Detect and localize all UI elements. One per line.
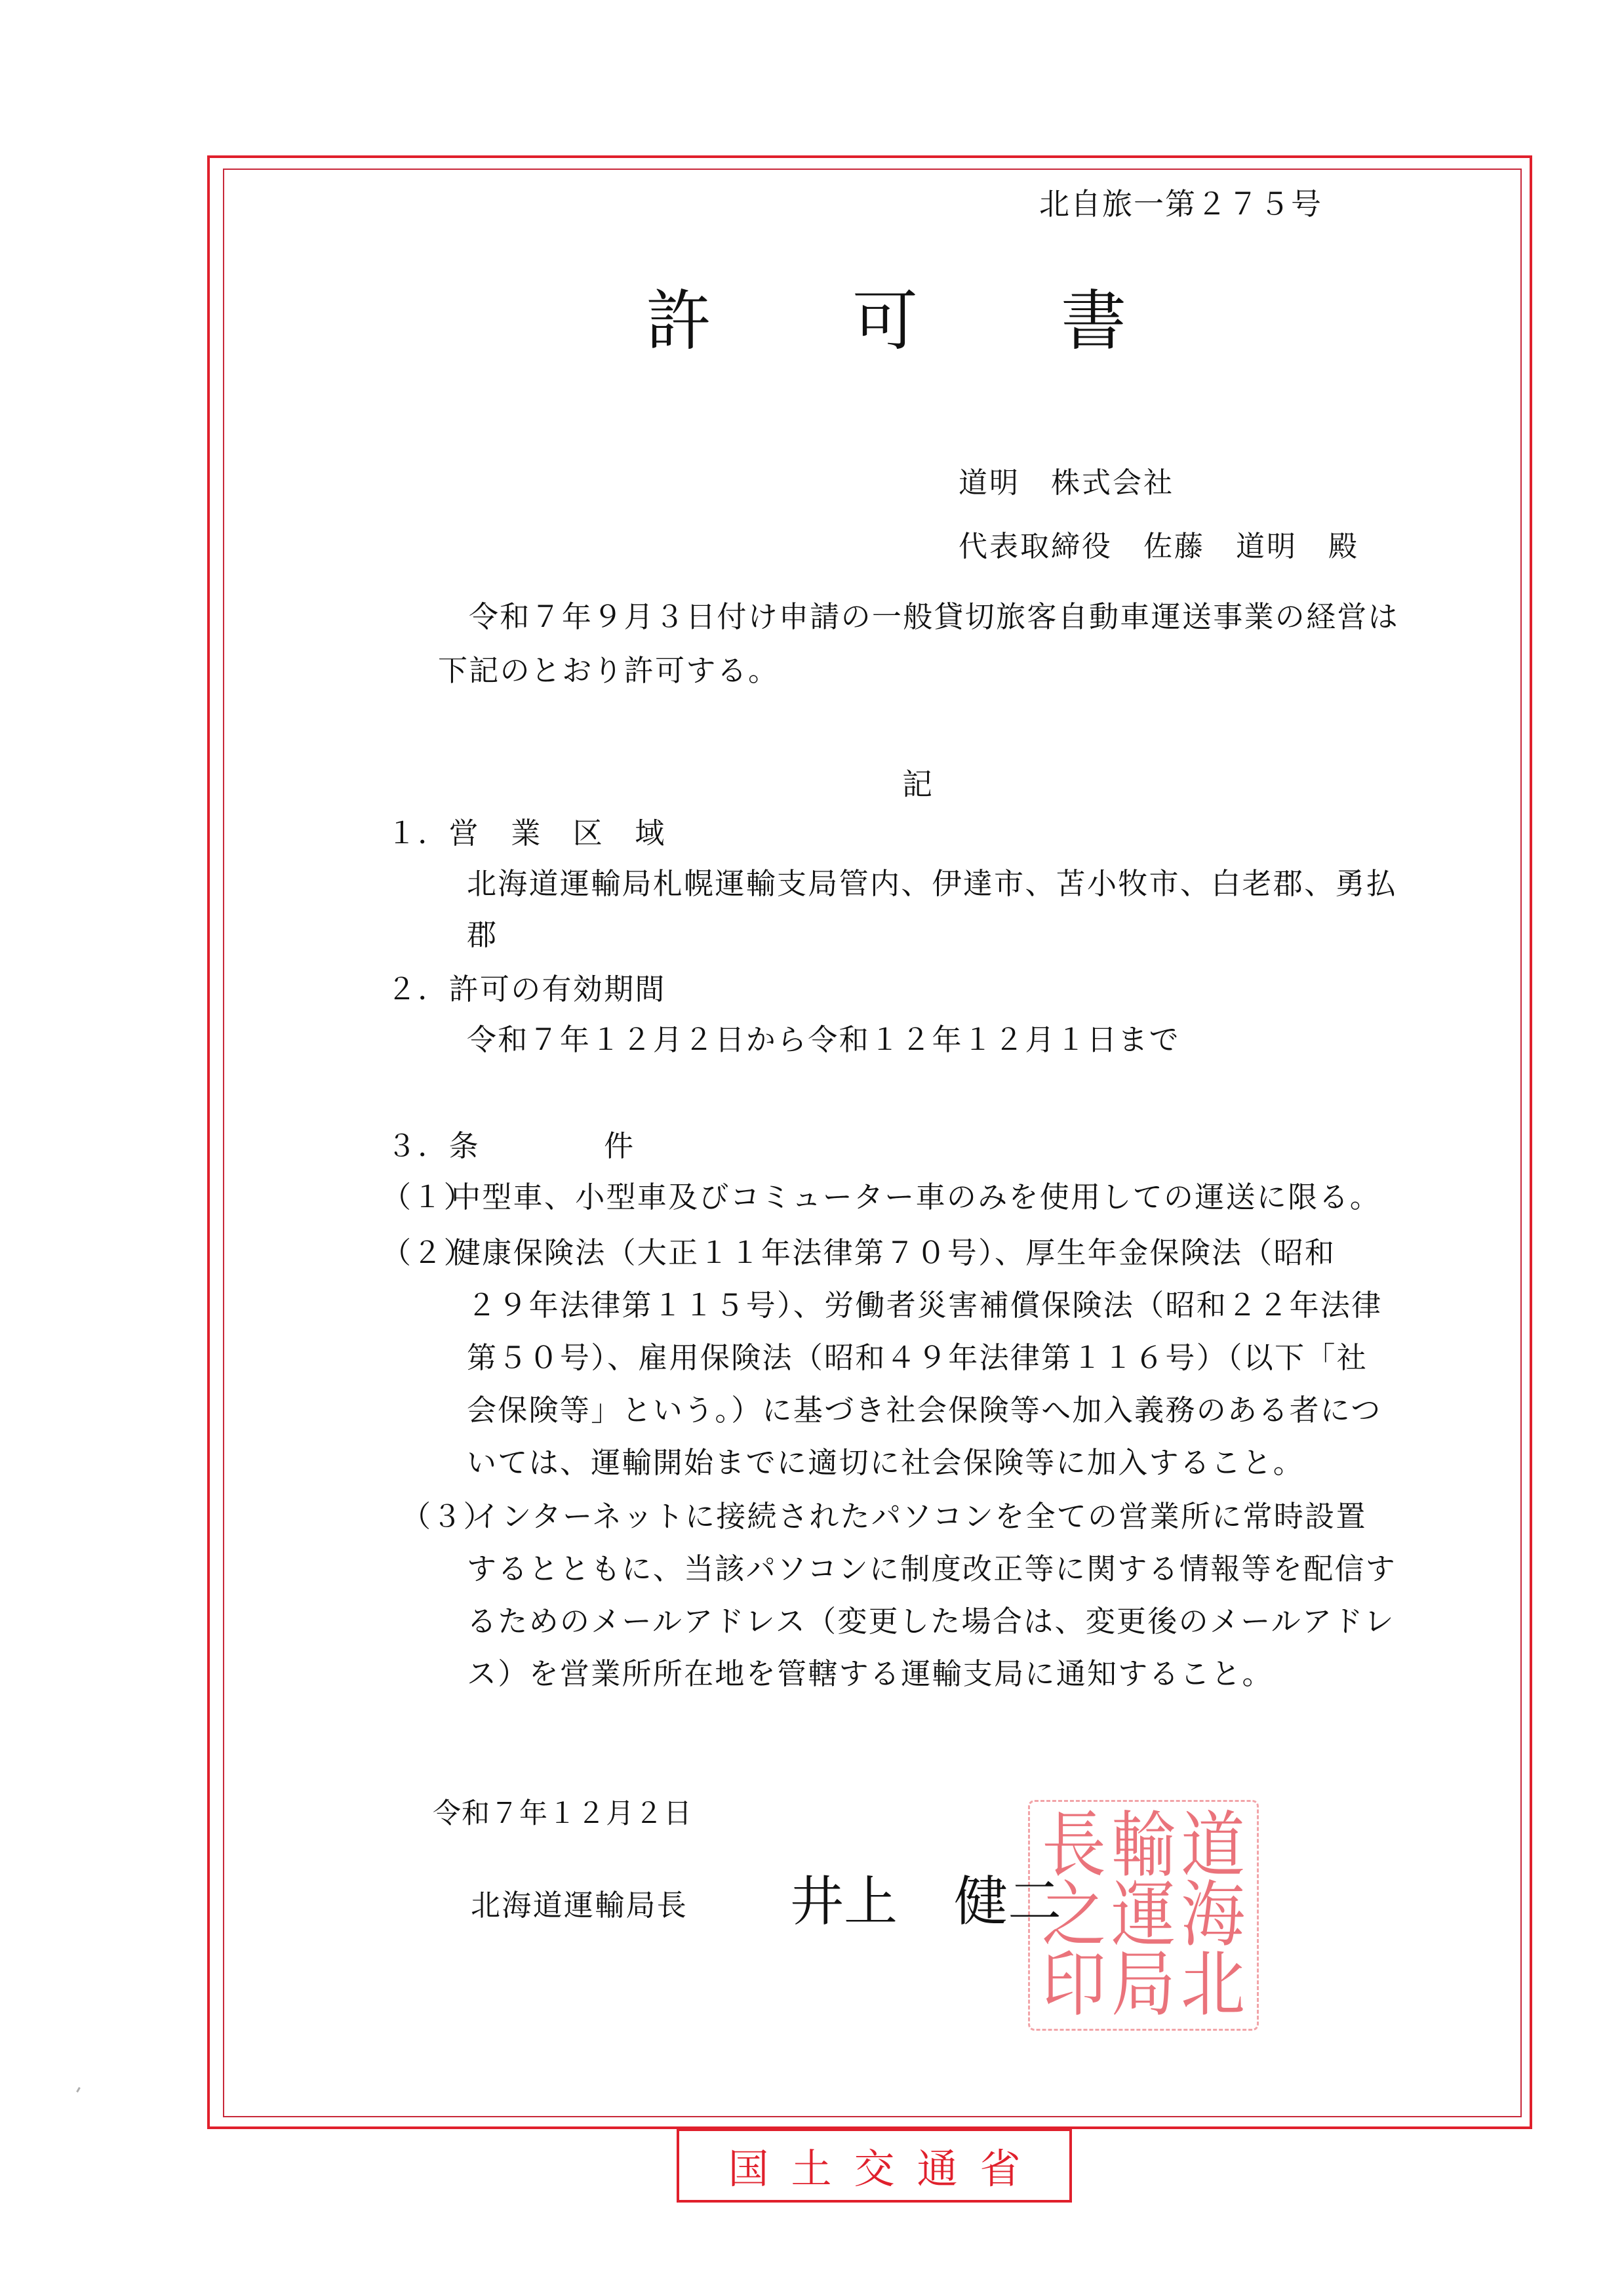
seal-char: 印 [1039, 1946, 1109, 2024]
issuer-given-name: 健二 [954, 1875, 1061, 1929]
seal-char: 局 [1109, 1946, 1178, 2024]
condition-3-line-4: ス）を営業所所在地を管轄する運輸支局に通知すること。 [467, 1659, 1273, 1688]
seal-char: 北 [1178, 1946, 1248, 2024]
condition-2-line-5: いては、運輸開始までに適切に社会保険等に加入すること。 [467, 1448, 1304, 1477]
condition-2-line-1: 健康保険法（大正１１年法律第７０号）、厚生年金保険法（昭和 [451, 1238, 1336, 1267]
section-3-heading: ３．条 件 [387, 1131, 635, 1161]
recipient-company: 道明 株式会社 [959, 459, 1174, 501]
ministry-name: 国土交通省 [705, 2136, 1042, 2195]
recipient-representative: 代表取締役 佐藤 道明 殿 [959, 523, 1359, 565]
section-2-heading: ２．許可の有効期間 [387, 974, 666, 1004]
scan-speck [76, 2087, 81, 2092]
condition-2-line-2: ２９年法律第１１５号）、労働者災害補償保険法（昭和２２年法律 [467, 1290, 1383, 1320]
section-1-heading: １．営 業 区 域 [387, 818, 666, 848]
section-1-line-2: 郡 [467, 920, 498, 949]
condition-3-line-3: るためのメールアドレス（変更した場合は、変更後のメールアドレ [467, 1606, 1395, 1636]
issuer-family-name: 井上 [790, 1875, 898, 1929]
condition-1-line-1: 中型車、小型車及びコミューター車のみを使用しての運送に限る。 [451, 1182, 1381, 1212]
official-seal: 長 輸 道 之 運 海 印 局 北 [1028, 1800, 1259, 2031]
issue-date: 令和７年１２月２日 [433, 1800, 692, 1828]
title-char-2: 可 [852, 289, 918, 354]
title-char-3: 書 [1061, 289, 1126, 354]
ministry-label-box: 国土交通省 [677, 2128, 1072, 2203]
document-number: 北自旅一第２７５号 [1039, 180, 1322, 224]
title-char-1: 許 [646, 289, 711, 354]
condition-2-line-3: 第５０号）、雇用保険法（昭和４９年法律第１１６号）（以下「社 [467, 1343, 1368, 1372]
intro-line-1: 令和７年９月３日付け申請の一般貸切旅客自動車運送事業の経営は [469, 602, 1399, 631]
condition-3-line-2: するとともに、当該パソコンに制度改正等に関する情報等を配信す [467, 1554, 1396, 1584]
section-2-line-1: 令和７年１２月２日から令和１２年１２月１日まで [467, 1025, 1180, 1054]
issuer-title: 北海道運輸局長 [471, 1890, 688, 1920]
condition-3-line-1: インターネットに接続されたパソコンを全ての営業所に常時設置 [471, 1502, 1367, 1531]
ki-heading: 記 [902, 761, 932, 804]
section-1-line-1: 北海道運輸局札幌運輸支局管内、伊達市、苫小牧市、白老郡、勇払 [467, 869, 1397, 898]
condition-2-line-4: 会保険等」という。）に基づき社会保険等へ加入義務のある者につ [467, 1395, 1382, 1425]
intro-line-2: 下記のとおり許可する。 [438, 656, 779, 685]
